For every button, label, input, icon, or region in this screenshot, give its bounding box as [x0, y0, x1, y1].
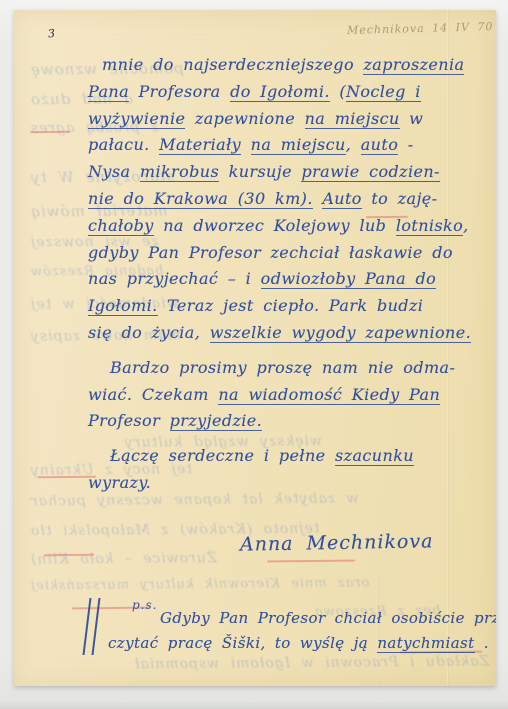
- letter-line: pałacu. Materiały na miejscu, auto -: [88, 132, 490, 159]
- pencil-annotation: Mechnikova 14 IV 70: [347, 20, 494, 37]
- letter-line: Pana Profesora do Igołomi. (Nocleg i: [88, 79, 490, 106]
- bleed-through-text: Zakładu i Pracowni w Igołomi wspomniał: [134, 653, 489, 672]
- text: .: [475, 634, 489, 652]
- underlined-text: przyjedzie.: [170, 411, 263, 431]
- underlined-text: prawie codzien-: [301, 162, 439, 182]
- text: Profesora: [129, 82, 230, 101]
- text: [313, 189, 323, 208]
- scanner-background: pomocne wznowęa nad dużoz prośbą agresst…: [0, 0, 508, 709]
- letter-line: Nysa mikrobus kursuje prawie codzien-: [88, 159, 490, 186]
- page-number-mark: 3: [47, 27, 57, 41]
- scan-bottom-shadow: [0, 701, 508, 709]
- underlined-text: wszelkie wygody zapewnione.: [210, 323, 471, 343]
- letter-line: się do życia, wszelkie wygody zapewnione…: [88, 320, 490, 347]
- underlined-text: mikrobus: [140, 162, 219, 182]
- text: Gdyby Pan Profesor chciał osobiście prze…: [160, 609, 496, 627]
- text: Nysa: [88, 162, 140, 181]
- letter-body: mnie do najserdeczniejszego zaproszeniaP…: [88, 52, 490, 497]
- text: ,: [346, 135, 361, 154]
- text: pałacu.: [88, 135, 159, 154]
- text: nas przyjechać – i: [88, 269, 261, 288]
- text: -: [398, 135, 413, 154]
- underlined-text: na miejscu: [251, 135, 346, 155]
- text: Łączę serdeczne i pełne: [110, 446, 335, 465]
- letter-line: nas przyjechać – i odwiozłoby Pana do: [88, 266, 490, 293]
- letter-line: Profesor przyjedzie.: [88, 408, 490, 435]
- letter-line: wiać. Czekam na wiadomość Kiedy Pan: [88, 382, 490, 409]
- red-underline-bleed: [267, 560, 355, 563]
- text: [241, 135, 251, 154]
- text: (: [330, 82, 346, 101]
- underlined-text: zaproszenia: [363, 55, 464, 75]
- underlined-text: Nocleg i: [346, 82, 421, 102]
- underlined-text: na wiadomość Kiedy Pan: [218, 385, 440, 405]
- letter-page: pomocne wznowęa nad dużoz prośbą agresst…: [14, 10, 496, 686]
- letter-line: chałoby na dworzec Kolejowy lub lotnisko…: [88, 213, 490, 240]
- text: gdyby Pan Profesor zechciał łaskawie do: [88, 243, 453, 262]
- underlined-text: wyżywienie: [88, 109, 185, 129]
- text: Profesor: [88, 411, 170, 430]
- red-underline-bleed: [30, 131, 70, 133]
- underlined-text: auto: [361, 135, 399, 155]
- underlined-text: natychmiast: [377, 634, 474, 653]
- underlined-text: na miejscu: [305, 109, 400, 129]
- text: czytać pracę Šiški, to wyślę ją: [108, 634, 377, 652]
- letter-line: Igołomi. Teraz jest ciepło. Park budzi: [88, 293, 490, 320]
- bleed-through-text: oraz mnie Kierownik kultury murszańskiej: [30, 576, 370, 594]
- signature: Anna Mechnikova: [240, 530, 434, 555]
- letter-line: nie do Krakowa (30 km). Auto to zaję-: [88, 186, 490, 213]
- text: kursuje: [219, 162, 301, 181]
- letter-line: gdyby Pan Profesor zechciał łaskawie do: [88, 240, 490, 267]
- letter-line: czytać pracę Šiški, to wyślę ją natychmi…: [108, 631, 496, 656]
- text: na dworzec Kolejowy lub: [154, 216, 396, 235]
- fold-crease-top: [14, 38, 496, 40]
- underlined-text: odwiozłoby Pana do: [261, 269, 437, 289]
- text: Teraz jest ciepło. Park budzi: [158, 296, 424, 315]
- letter-line: Łączę serdeczne i pełne szacunku: [110, 443, 490, 470]
- underlined-text: chałoby: [88, 216, 154, 236]
- letter-line: wyrazy.: [88, 470, 490, 497]
- letter-line: Bardzo prosimy proszę nam nie odma-: [110, 355, 490, 382]
- text: ,: [463, 216, 469, 235]
- text: Bardzo prosimy proszę nam nie odma-: [110, 358, 455, 377]
- text: zapewnione: [185, 109, 304, 128]
- underlined-text: Materiały: [159, 135, 241, 155]
- text: wyrazy.: [88, 473, 151, 492]
- text: wiać. Czekam: [88, 385, 218, 404]
- underlined-text: lotnisko: [396, 216, 463, 236]
- letter-line: wyżywienie zapewnione na miejscu w: [88, 106, 490, 133]
- ps-block: Gdyby Pan Profesor chciał osobiście prze…: [108, 606, 496, 656]
- underlined-text: do Igołomi.: [230, 82, 330, 102]
- underlined-text: szacunku: [335, 446, 414, 466]
- bleed-through-text: Żurowice – koło Klin): [30, 550, 217, 568]
- underlined-text: Auto: [322, 189, 362, 209]
- letter-line: mnie do najserdeczniejszego zaproszenia: [102, 52, 490, 79]
- underlined-text: Igołomi.: [88, 296, 158, 316]
- text: w: [400, 109, 424, 128]
- text: to zaję-: [362, 189, 438, 208]
- text: się do życia,: [88, 323, 210, 342]
- text: mnie do najserdeczniejszego: [102, 55, 363, 74]
- underlined-text: Pana: [88, 82, 129, 102]
- letter-line: Gdyby Pan Profesor chciał osobiście prze…: [108, 606, 496, 631]
- underlined-text: nie do Krakowa (30 km).: [88, 189, 313, 209]
